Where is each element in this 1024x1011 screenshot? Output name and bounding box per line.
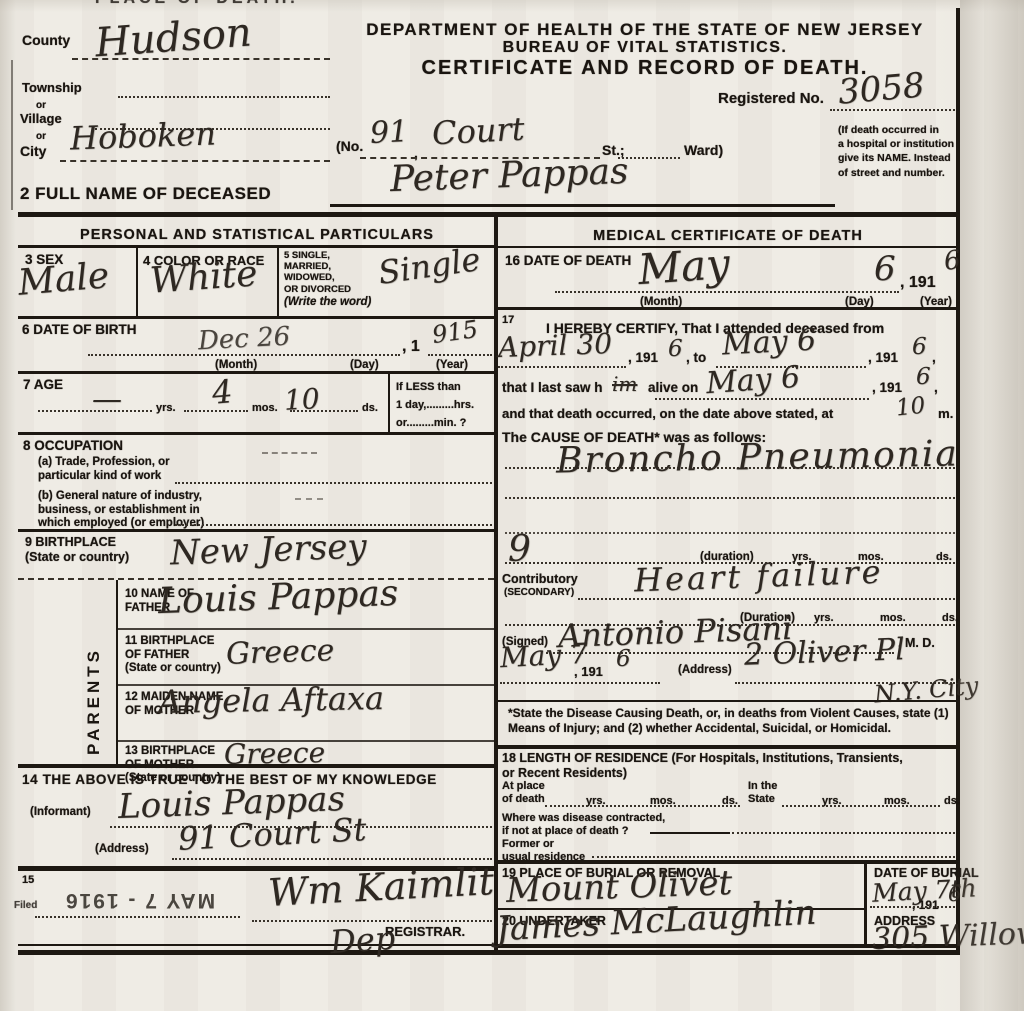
mother-name-value: Angela Aftaxa: [158, 682, 385, 718]
marital-label: 5 SINGLE, MARRIED, WIDOWED, OR DIVORCED: [284, 250, 351, 295]
rule: [578, 598, 955, 600]
rule: [18, 371, 496, 374]
rule: [870, 906, 955, 908]
duration-ds-label: ds.: [936, 551, 952, 564]
parents-label: PARENTS: [84, 600, 104, 755]
certify-number: 17: [502, 314, 514, 327]
ward-label: Ward): [684, 142, 723, 159]
rule: [136, 248, 138, 318]
rule: [505, 532, 955, 534]
or-label: or: [36, 131, 46, 143]
duration2-ds-label: ds.: [942, 612, 958, 625]
at-place-label: At place of death: [502, 780, 545, 806]
rule: [330, 204, 835, 207]
fullname-label: 2 FULL NAME OF DECEASED: [20, 184, 271, 204]
fullname-value: Peter Pappas: [389, 154, 629, 198]
meridiem-label: m.: [938, 406, 953, 422]
last-saw-hand-correction: im: [612, 374, 637, 394]
city-value: Hoboken: [69, 117, 216, 154]
attended-to-year-value: 6: [912, 336, 927, 359]
county-label: County: [22, 32, 70, 49]
filed-label: Filed: [14, 900, 37, 912]
comma: ,: [934, 380, 938, 396]
undertaker-address-value: 305 Willow: [872, 919, 1024, 955]
race-value: White: [149, 256, 259, 299]
village-label: Village: [20, 111, 62, 126]
attended-from-value: April 30: [498, 330, 613, 362]
sex-value: Male: [17, 258, 111, 302]
rule: [498, 366, 626, 368]
age-ds-label: ds.: [362, 402, 378, 415]
printed-191: , 191: [574, 664, 603, 679]
rule: [498, 745, 958, 749]
rule: [175, 482, 492, 484]
rule: [650, 832, 730, 834]
attended-to-value: May 6: [721, 326, 817, 361]
to-label: , to: [686, 350, 706, 366]
rule: [60, 160, 330, 162]
physician-address-label: (Address): [678, 664, 732, 678]
duration2-mos-label: mos.: [880, 612, 906, 625]
registrar-signature: Wm Kaimlit: [267, 862, 495, 912]
rule: [545, 805, 740, 807]
rule: [175, 524, 492, 526]
dob-printed-1: , 1: [402, 338, 420, 357]
date-of-death-month-value: May: [637, 243, 731, 291]
rule: [498, 700, 958, 702]
father-birthplace-label: 11 BIRTHPLACE OF FATHER (State or countr…: [125, 635, 221, 676]
informant-address-label: (Address): [95, 843, 149, 857]
rule: [72, 58, 330, 60]
informant-label: (Informant): [30, 806, 91, 820]
rule: [35, 916, 240, 918]
dept-line1: DEPARTMENT OF HEALTH OF THE STATE OF NEW…: [340, 20, 950, 40]
rule: [494, 214, 498, 954]
city-label: City: [20, 143, 46, 160]
rule: [118, 96, 330, 98]
printed-191: , 191: [628, 350, 658, 366]
marital-note: (Write the word): [284, 296, 371, 310]
printed-191: , 191: [868, 350, 898, 366]
where-contracted-label: Where was disease contracted, if not at …: [502, 812, 665, 838]
registered-no-value: 3058: [837, 68, 926, 109]
house-number-value: 91: [369, 117, 409, 149]
in-state-label: In the State: [748, 780, 777, 806]
rule: [592, 856, 955, 858]
rule: [11, 60, 13, 210]
signed-date-year-value: 6: [616, 648, 631, 671]
dob-year-value: 915: [431, 317, 480, 347]
smudge-mark: [295, 498, 323, 500]
cause-of-death-value: Broncho Pneumonia: [556, 436, 959, 479]
street-no-label: (No.: [336, 138, 363, 155]
county-value: Hudson: [94, 13, 253, 64]
rule: [88, 354, 400, 356]
deputy-mark: Dep: [329, 922, 396, 958]
father-birthplace-value: Greece: [226, 636, 335, 670]
duration2-yrs-label: yrs.: [814, 612, 834, 625]
age-months-value: 4: [211, 375, 234, 409]
printed-191: , 191: [872, 380, 902, 396]
marital-value: Single: [376, 243, 482, 289]
rule: [290, 410, 358, 412]
residence-label: 18 LENGTH OF RESIDENCE (For Hospitals, I…: [502, 751, 903, 781]
death-occurred-label: and that death occurred, on the date abo…: [502, 406, 833, 422]
registrar-label: REGISTRAR.: [385, 924, 465, 939]
dob-label: 6 DATE OF BIRTH: [22, 322, 137, 338]
rule: [172, 858, 492, 860]
rule: [830, 109, 958, 111]
rule: [38, 410, 152, 412]
death-time-value: 10: [895, 395, 927, 421]
filed-date-stamp: MAY 7 - 1916: [42, 888, 237, 912]
scan-edge-shadow: [960, 0, 1024, 1011]
birthplace-label: 9 BIRTHPLACE (State or country): [25, 535, 129, 565]
age-label: 7 AGE: [23, 377, 63, 393]
rule: [782, 805, 940, 807]
rule: [18, 316, 496, 319]
cut-top-heading: PLACE OF DEATH.: [95, 0, 355, 12]
alive-on-label: alive on: [648, 380, 698, 396]
rule: [116, 628, 494, 630]
smudge-mark: [262, 452, 317, 454]
age-less-note: If LESS than 1 day,.........hrs. or.....…: [396, 378, 474, 432]
age-yrs-label: yrs.: [156, 402, 176, 415]
rule: [18, 432, 496, 435]
rule: [428, 354, 492, 356]
date-of-death-day-value: 6: [874, 252, 896, 286]
cause-footnote: *State the Disease Causing Death, or, in…: [508, 706, 954, 737]
date-of-death-label: 16 DATE OF DEATH: [505, 253, 631, 269]
attended-from-year-value: 6: [668, 338, 683, 361]
street-value: Court: [431, 113, 525, 150]
contributory-value: Heart failure: [634, 556, 884, 597]
last-saw-label: that I last saw h: [502, 380, 603, 396]
rule: [864, 860, 867, 948]
rule: [655, 398, 869, 400]
last-saw-date-value: May 6: [705, 363, 801, 399]
printed-191: , 191: [900, 274, 936, 293]
rule: [498, 307, 958, 310]
township-label: Township: [22, 80, 82, 95]
filed-number: 15: [22, 874, 34, 887]
dob-month-day-value: Dec 26: [197, 324, 290, 355]
rule: [505, 497, 955, 499]
burial-year-value: 6: [948, 884, 961, 905]
state-ds-label: ds.: [944, 795, 960, 808]
rule: [498, 946, 958, 948]
informant-address-value: 91 Court St: [177, 813, 367, 855]
rule: [18, 950, 960, 955]
age-mos-label: mos.: [252, 402, 278, 415]
date-of-death-year-value: 6: [943, 247, 962, 275]
rule: [732, 832, 955, 834]
rule: [277, 248, 279, 318]
personal-title: PERSONAL AND STATISTICAL PARTICULARS: [18, 227, 496, 244]
secondary-label: (SECONDARY): [504, 587, 574, 599]
rule: [388, 373, 390, 432]
physician-address-value: 2 Oliver Pl: [744, 635, 906, 671]
comma: ,: [932, 350, 936, 366]
occupation-label: 8 OCCUPATION: [23, 438, 123, 454]
rule: [18, 764, 496, 768]
rule: [956, 8, 960, 953]
dept-line2: BUREAU OF VITAL STATISTICS.: [340, 39, 950, 58]
rule: [18, 212, 960, 217]
death-certificate-scan: PLACE OF DEATH. County Hudson Township o…: [0, 0, 1024, 1011]
hospital-note: (If death occurred in a hospital or inst…: [838, 123, 963, 180]
contributory-label: Contributory: [502, 572, 578, 587]
registered-no-label: Registered No.: [718, 90, 824, 108]
father-name-value: Louis Pappas: [157, 576, 398, 620]
rule: [116, 580, 118, 765]
rule: [500, 682, 660, 684]
rule: [184, 410, 248, 412]
rule: [555, 291, 899, 293]
last-saw-year-value: 6: [916, 366, 931, 389]
occupation-a-label: (a) Trade, Profession, or particular kin…: [38, 456, 170, 483]
birthplace-value: New Jersey: [169, 530, 367, 571]
